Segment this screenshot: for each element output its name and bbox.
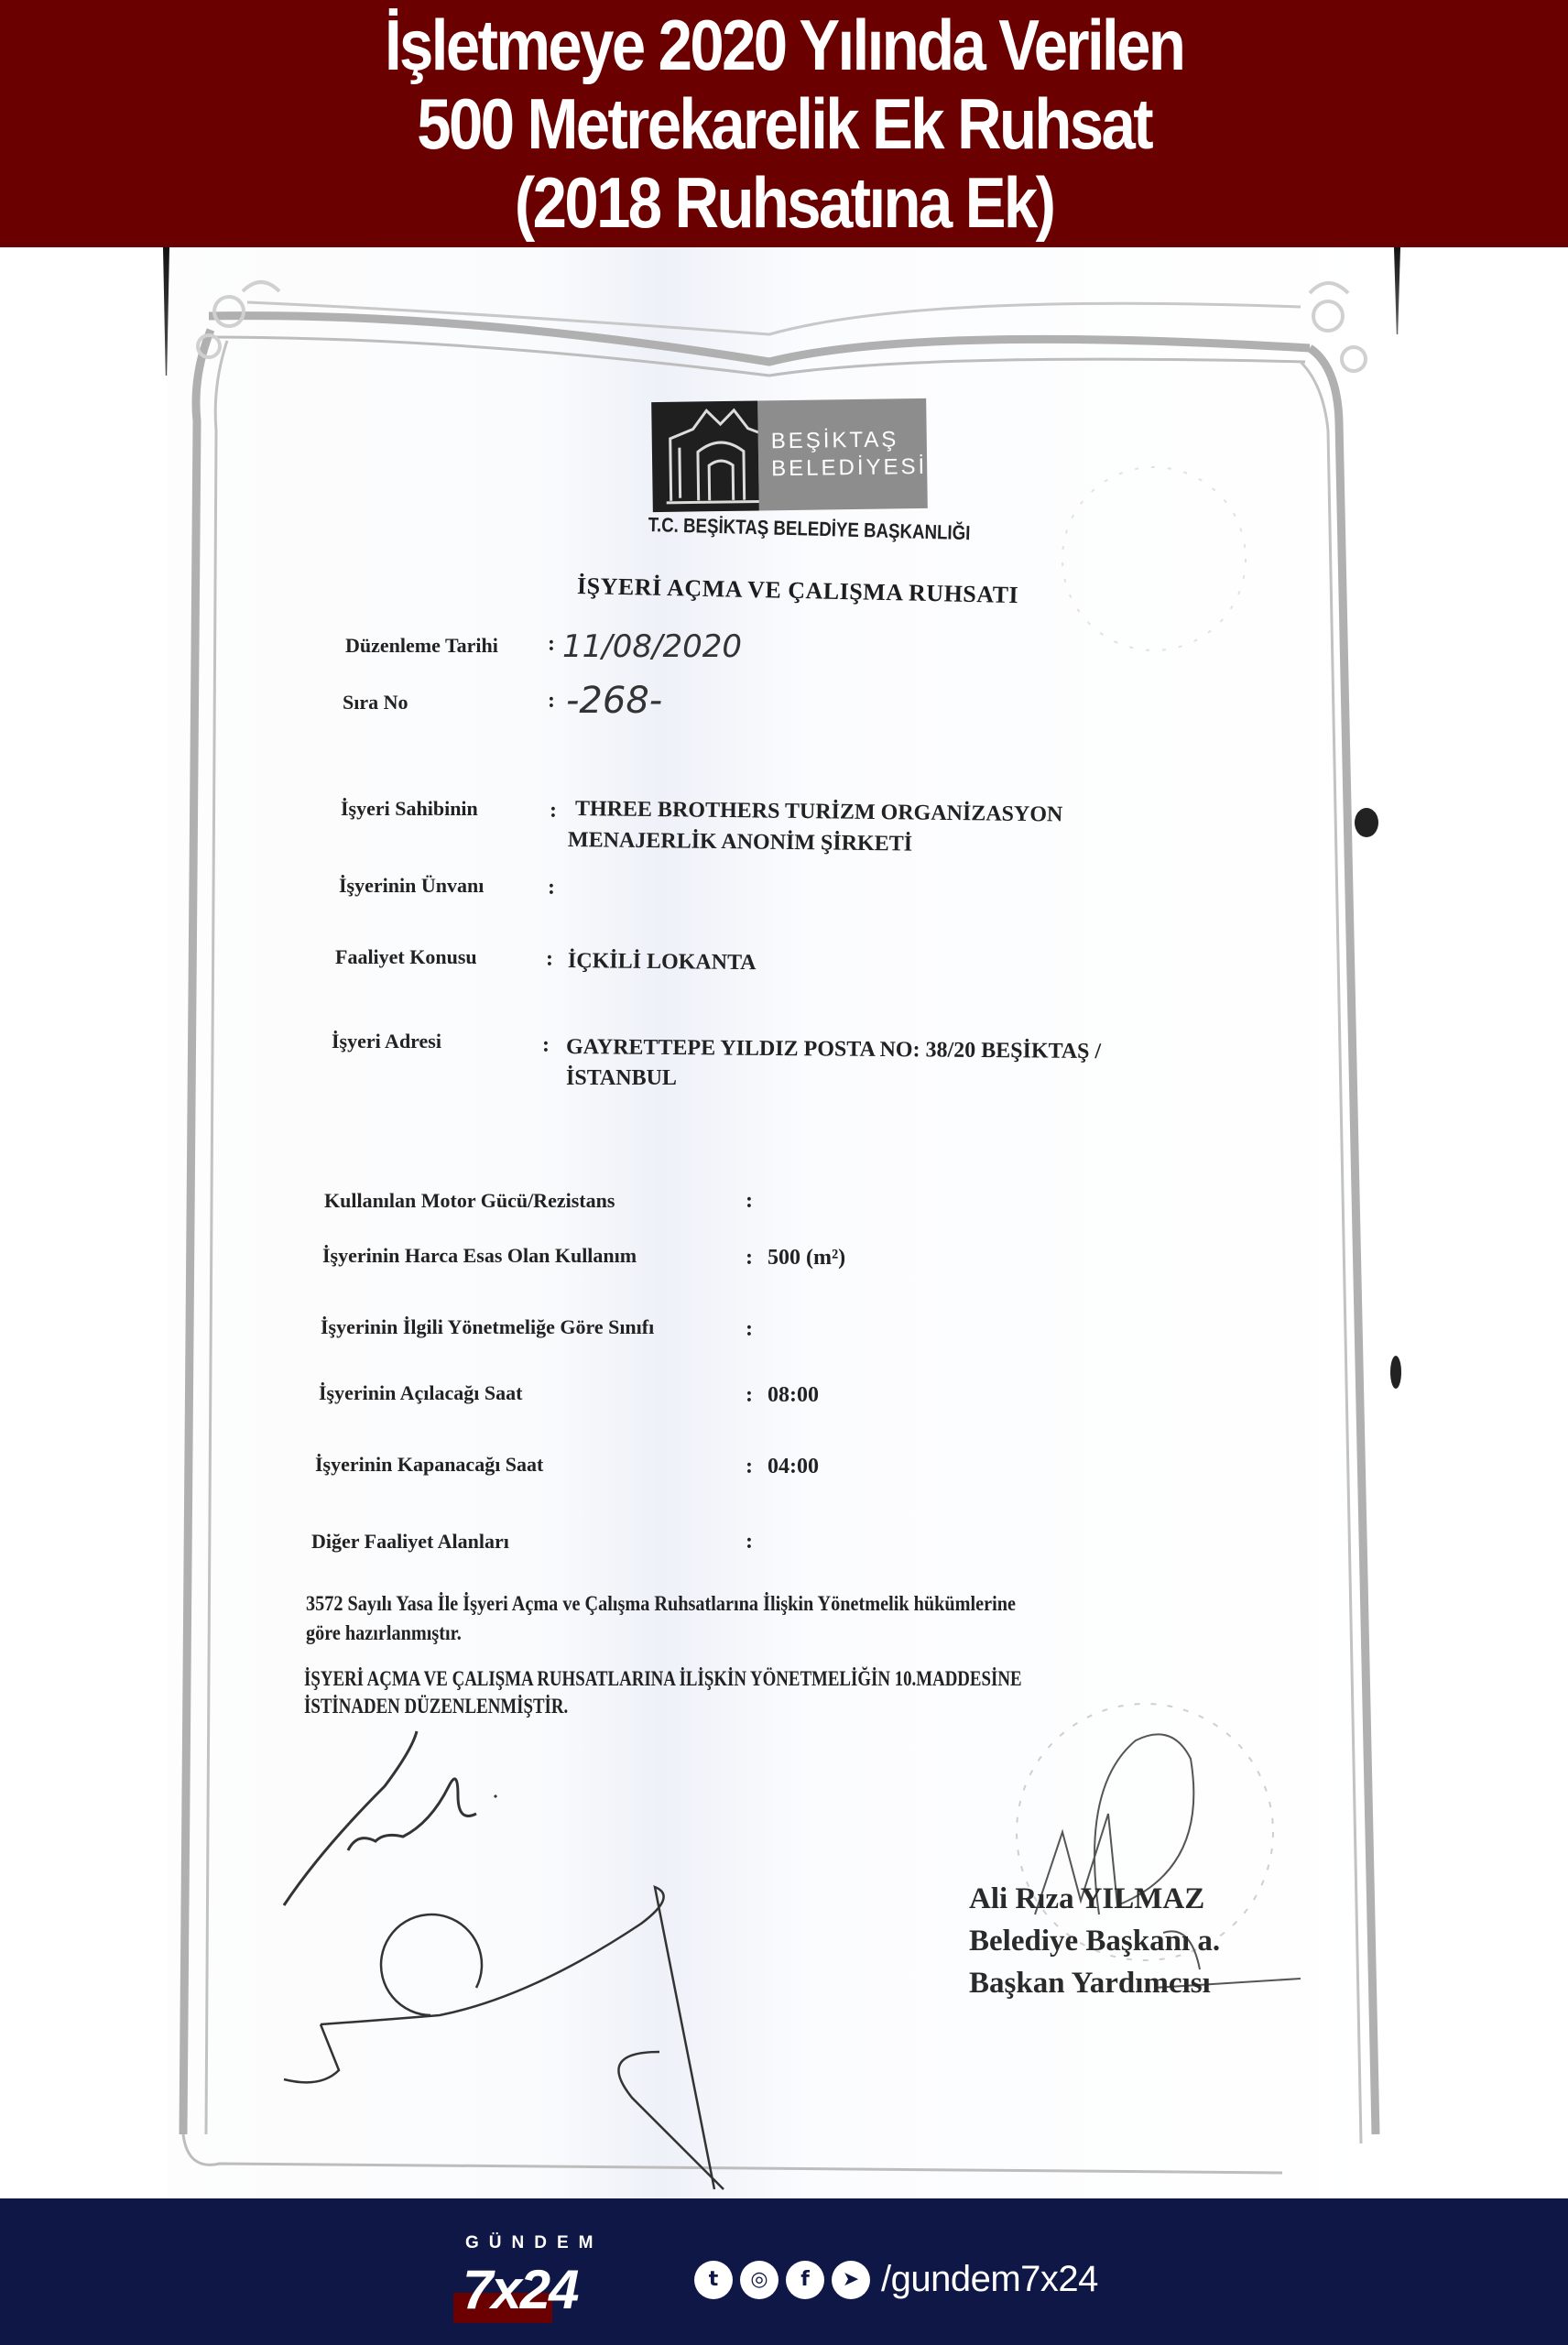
class-colon: : — [746, 1317, 753, 1342]
opening-hour-label: İşyerinin Açılacağı Saat — [319, 1381, 522, 1405]
other-activities-label: Diğer Faaliyet Alanları — [311, 1530, 509, 1554]
signer-block: Ali Rıza YILMAZ Belediye Başkanı a. Başk… — [969, 1878, 1220, 2004]
owner-colon: : — [550, 799, 557, 823]
opening-hour-value: 08:00 — [768, 1383, 819, 1408]
closing-hour-colon: : — [746, 1455, 753, 1479]
signer-name: Ali Rıza YILMAZ — [969, 1878, 1220, 1920]
serial-no-label: Sıra No — [343, 691, 408, 714]
closing-hour-label: İşyerinin Kapanacağı Saat — [315, 1453, 543, 1477]
legal-note-line-2: göre hazırlanmıştır. — [306, 1621, 462, 1645]
logo-wordmark: BEŞİKTAŞ BELEDİYESİ — [757, 398, 928, 511]
serial-no-colon: : — [548, 689, 555, 714]
logo-line-1: BEŞİKTAŞ — [771, 426, 927, 455]
fee-area-value: 500 (m²) — [768, 1246, 845, 1271]
legal-note-line-1: 3572 Sayılı Yasa İle İşyeri Açma ve Çalı… — [306, 1592, 1016, 1616]
owner-value-line-2: MENAJERLİK ANONİM ŞİRKETİ — [568, 828, 912, 857]
besiktas-municipality-logo: BEŞİKTAŞ BELEDİYESİ — [651, 398, 928, 512]
motor-power-label: Kullanılan Motor Gücü/Rezistans — [324, 1189, 615, 1213]
twitter-icon[interactable]: t — [694, 2261, 733, 2299]
closing-hour-value: 04:00 — [768, 1455, 819, 1479]
facebook-icon[interactable]: f — [786, 2261, 824, 2299]
activity-label: Faaliyet Konusu — [335, 945, 477, 969]
motor-power-colon: : — [746, 1189, 753, 1214]
address-label: İşyeri Adresi — [332, 1030, 441, 1053]
brand-number: 7x24 — [463, 2258, 577, 2322]
social-handle[interactable]: /gundem7x24 — [881, 2259, 1098, 2300]
address-value-line-2: İSTANBUL — [566, 1066, 677, 1091]
brand-top-text: GÜNDEM — [465, 2233, 603, 2253]
other-activities-colon: : — [746, 1530, 753, 1554]
palace-gate-emblem — [651, 400, 759, 512]
issue-date-value: 11/08/2020 — [562, 628, 742, 665]
telegram-icon[interactable]: ➤ — [832, 2261, 870, 2299]
fee-area-colon: : — [746, 1246, 753, 1271]
instagram-icon[interactable]: ◎ — [740, 2261, 779, 2299]
business-title-colon: : — [548, 876, 555, 900]
article-note-line-1: İŞYERİ AÇMA VE ÇALIŞMA RUHSATLARINA İLİŞ… — [304, 1667, 1022, 1691]
business-title-label: İşyerinin Ünvanı — [339, 874, 484, 898]
signer-title-2: Başkan Yardımcısı — [969, 1962, 1220, 2004]
address-colon: : — [542, 1033, 550, 1058]
signer-title-1: Belediye Başkanı a. — [969, 1920, 1220, 1962]
logo-line-2: BELEDİYESİ — [771, 453, 927, 483]
social-links: t ◎ f ➤ /gundem7x24 — [694, 2259, 1098, 2300]
opening-hour-colon: : — [746, 1383, 753, 1408]
palace-gate-icon — [651, 400, 759, 512]
article-note-line-2: İSTİNADEN DÜZENLENMİŞTİR. — [304, 1695, 568, 1718]
ornamental-frame — [0, 0, 1568, 2198]
owner-label: İşyeri Sahibinin — [341, 797, 478, 821]
issue-date-colon: : — [548, 632, 555, 657]
serial-no-value: -268- — [566, 680, 662, 722]
issue-date-label: Düzenleme Tarihi — [345, 634, 498, 658]
class-label: İşyerinin İlgili Yönetmeliğe Göre Sınıfı — [321, 1315, 654, 1339]
activity-colon: : — [546, 947, 553, 972]
address-value-line-1: GAYRETTEPE YILDIZ POSTA NO: 38/20 BEŞİKT… — [566, 1035, 1101, 1064]
activity-value: İÇKİLİ LOKANTA — [568, 949, 757, 976]
fee-area-label: İşyerinin Harca Esas Olan Kullanım — [322, 1244, 637, 1268]
